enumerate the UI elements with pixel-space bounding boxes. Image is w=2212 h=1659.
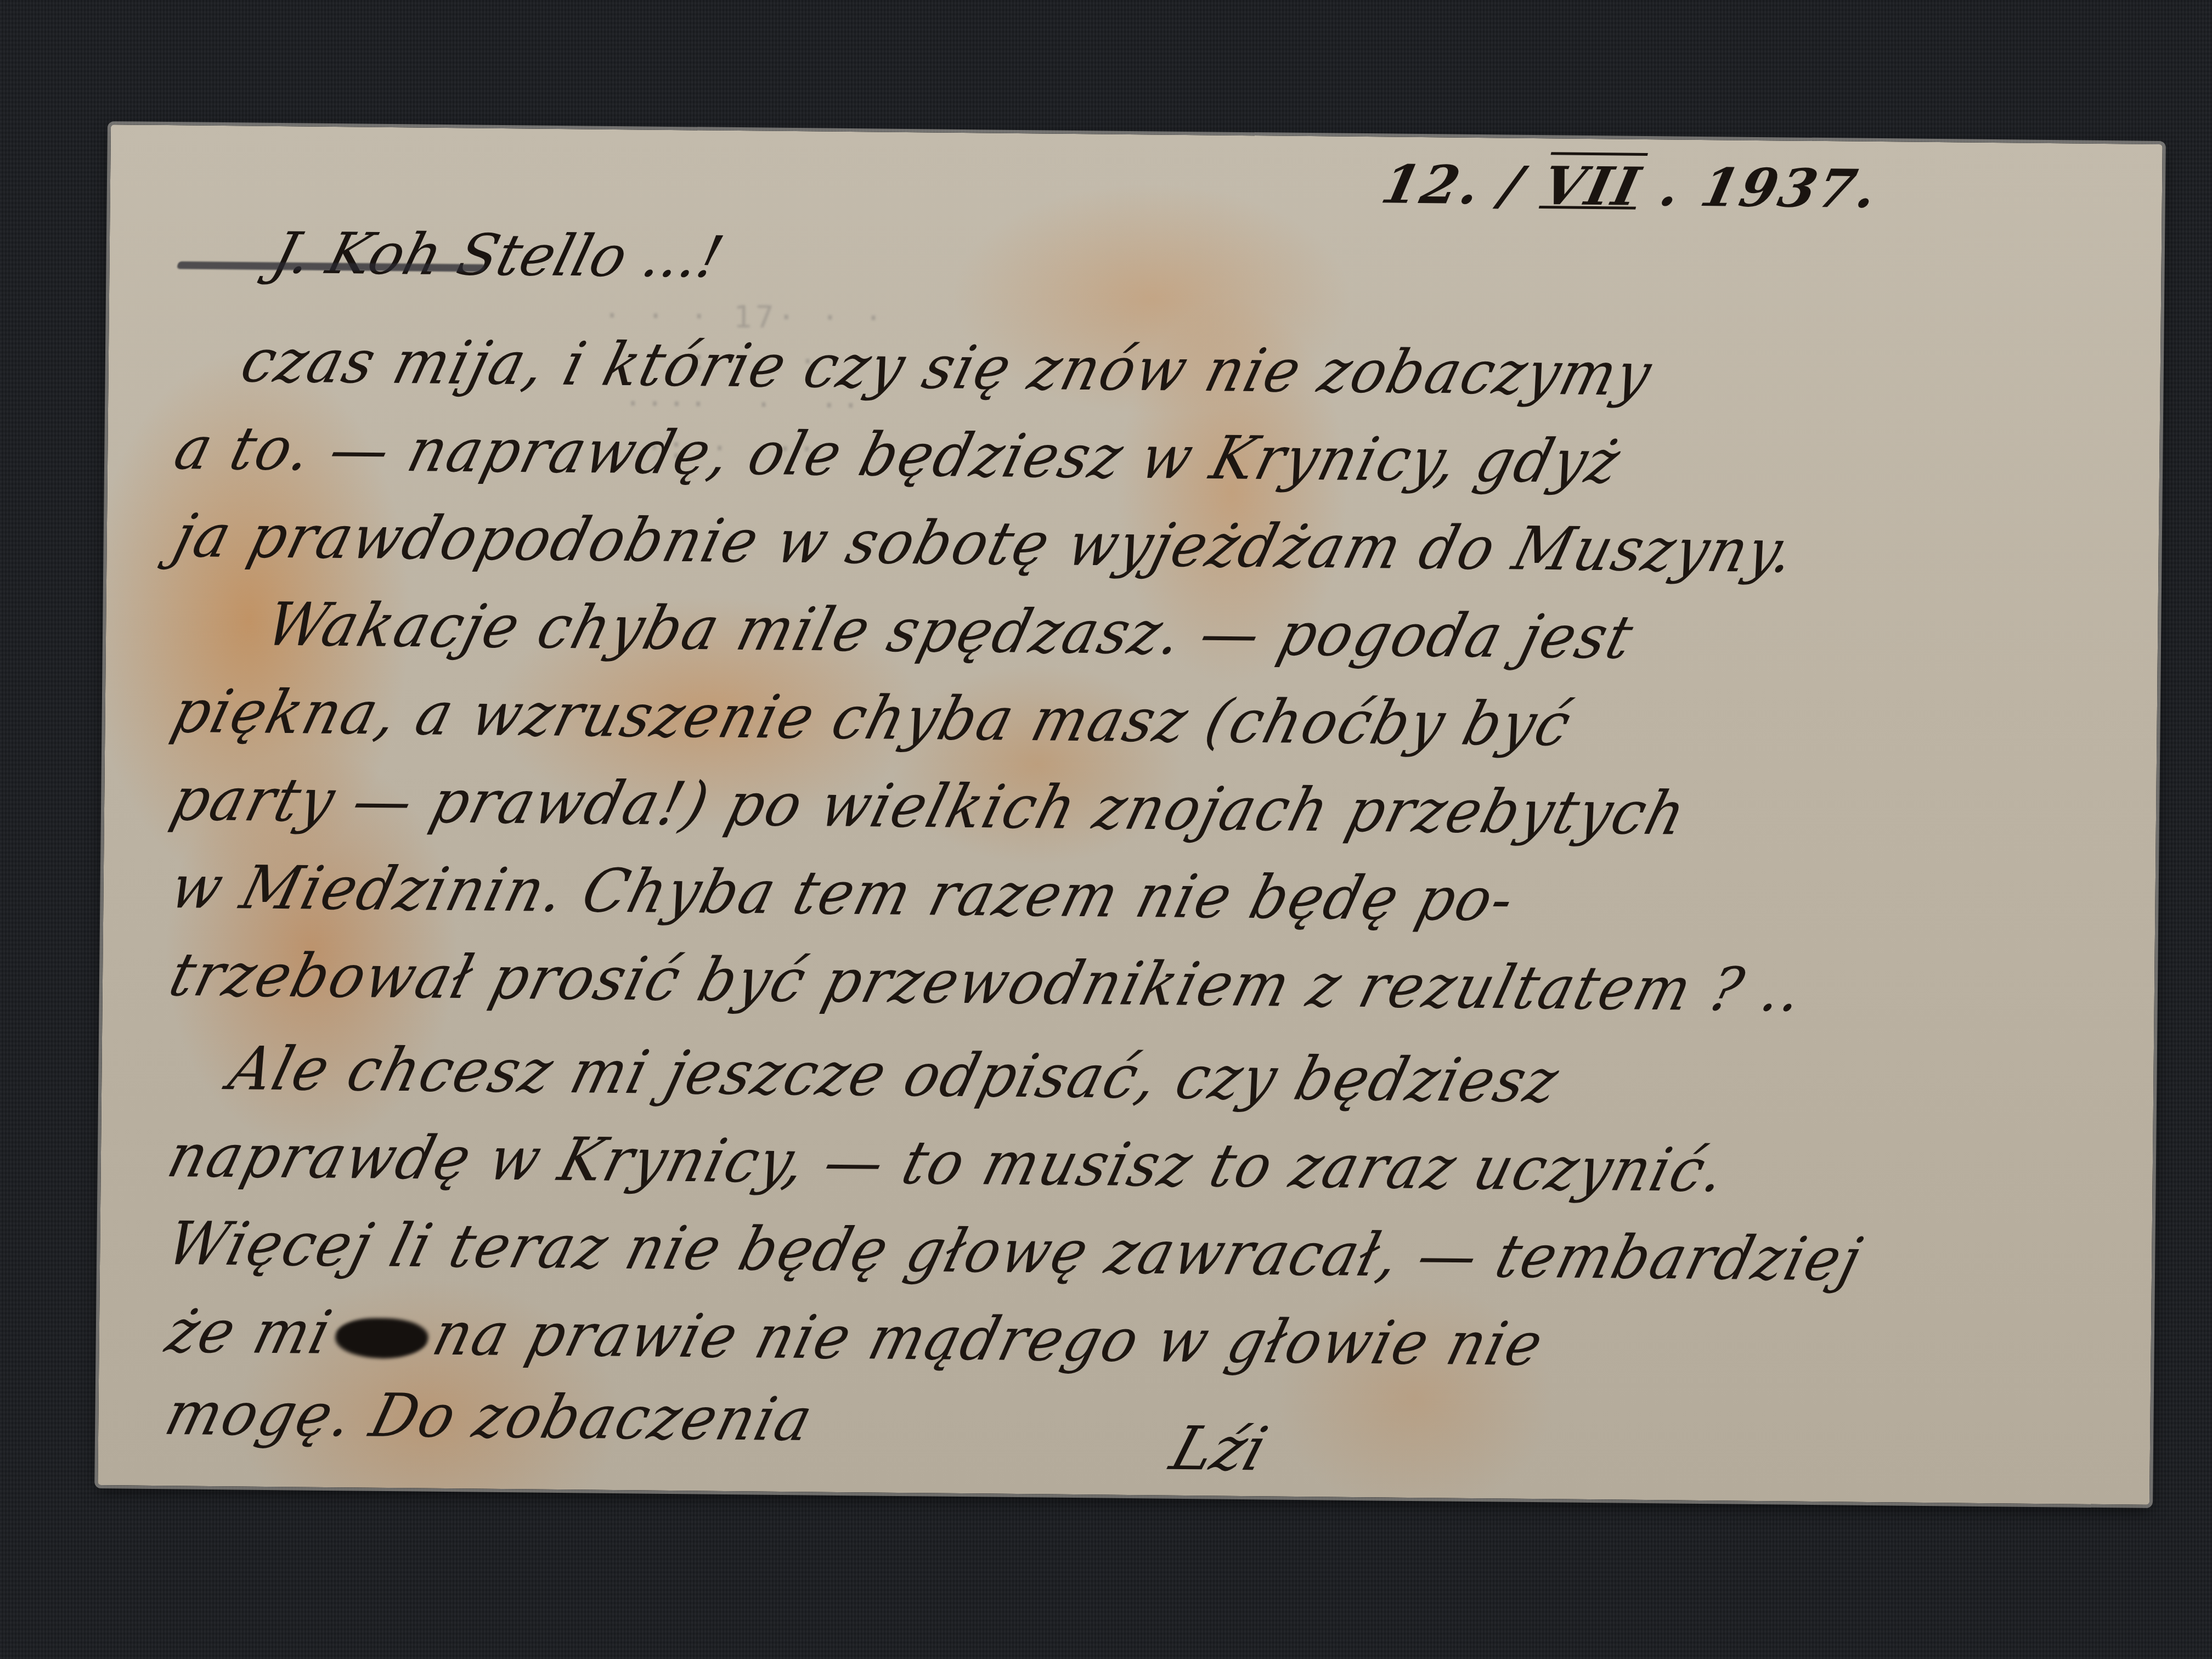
text-line-5: piękna, a wzruszenie chyba masz (choćby … <box>165 676 1579 759</box>
text-line-6: party — prawda!) po wielkich znojach prz… <box>165 764 1695 848</box>
text-line-12-end: na prawie nie mądrego w głowie nie <box>426 1299 1552 1379</box>
date-separator: / <box>1495 155 1530 217</box>
text-line-10: naprawdę w Krynicy, — to musisz to zaraz… <box>161 1120 1734 1205</box>
text-line-4: Wakacje chyba mile spędzasz. — pogoda je… <box>259 589 1642 673</box>
date-day: 12. <box>1376 153 1488 216</box>
date-month: VII <box>1537 155 1647 217</box>
letter-date: 12. / VII . 1937. <box>1376 153 1885 219</box>
greeting-text: J. Koh Stello ...! <box>266 219 730 291</box>
text-line-2: a to. — naprawdę, ole będziesz w Krynicy… <box>168 413 1629 496</box>
signature: Lźi <box>1163 1413 1275 1484</box>
text-line-9: Ale chcesz mi jeszcze odpisać, czy będzi… <box>222 1033 1567 1116</box>
postcard: · · · 17· · · ·: · · ···· · ·· ·: · ·· 1… <box>98 125 2163 1505</box>
date-year: . 1937. <box>1654 156 1885 220</box>
text-line-8: trzebował prosić być przewodnikiem z rez… <box>163 939 1812 1025</box>
ink-blot <box>330 1318 433 1359</box>
text-line-12: że mina prawie nie mądrego w głowie nie <box>159 1296 1551 1379</box>
text-line-7: w Miedzinin. Chyba tem razem nie będę po… <box>163 851 1523 934</box>
greeting: J. Koh Stello ...! <box>266 219 730 291</box>
text-line-13: mogę. Do zobaczenia <box>159 1378 821 1454</box>
text-line-11: Więcej li teraz nie będę głowę zawracał,… <box>160 1208 1870 1294</box>
text-line-3: ja prawdopodobnie w sobotę wyjeżdżam do … <box>167 500 1803 586</box>
text-line-12-start: że mi <box>159 1296 340 1368</box>
text-line-1: czas mija, i którie czy się znów nie zob… <box>234 326 1660 409</box>
